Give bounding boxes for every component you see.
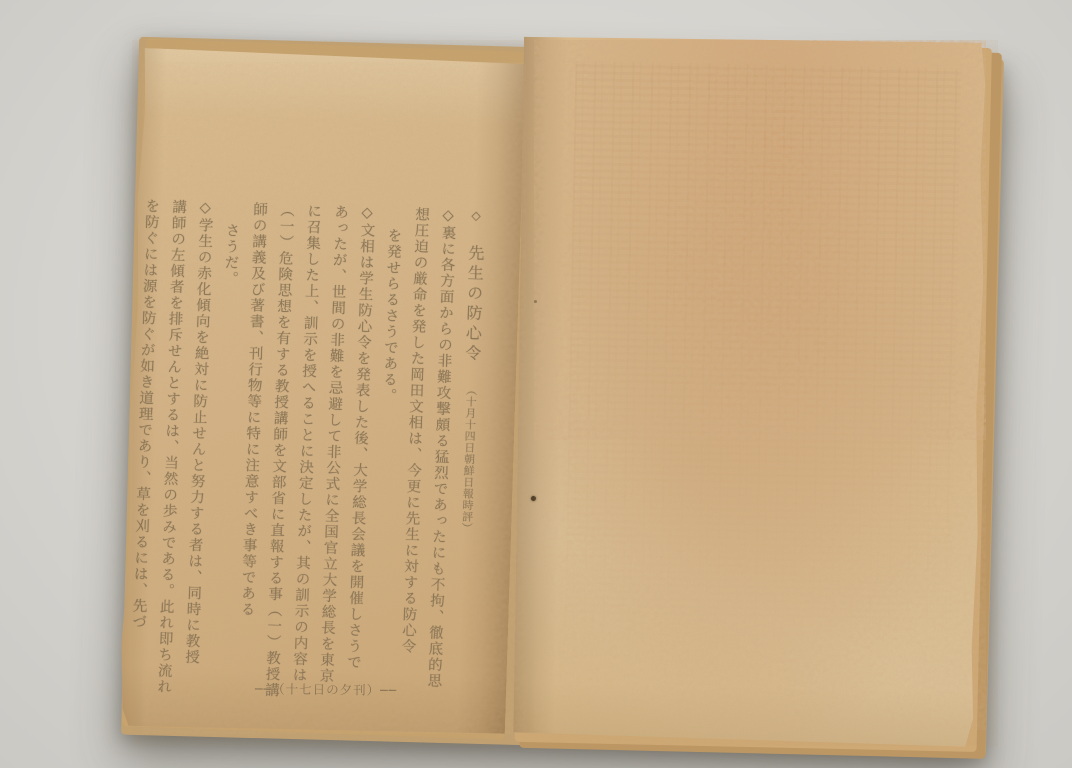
page-title: 先生の防心令 — [462, 244, 485, 365]
title-citation-note: （十月十四日朝鮮日報時評） — [460, 384, 478, 534]
footer-citation: ──（十七日の夕刊）── — [198, 679, 454, 700]
binding-hole — [534, 300, 537, 303]
section-diamond-marker: ◇ — [469, 208, 483, 222]
right-page — [510, 34, 987, 747]
binding-hole — [531, 496, 536, 501]
left-page: ◇ 先生の防心令 （十月十四日朝鮮日報時評） ◇裏に各方面からの非難攻撃頗る猛烈… — [119, 48, 526, 738]
ink-show-through-texture — [564, 61, 962, 676]
handwritten-text-block: ◇ 先生の防心令 （十月十四日朝鮮日報時評） ◇裏に各方面からの非難攻撃頗る猛烈… — [128, 198, 492, 714]
